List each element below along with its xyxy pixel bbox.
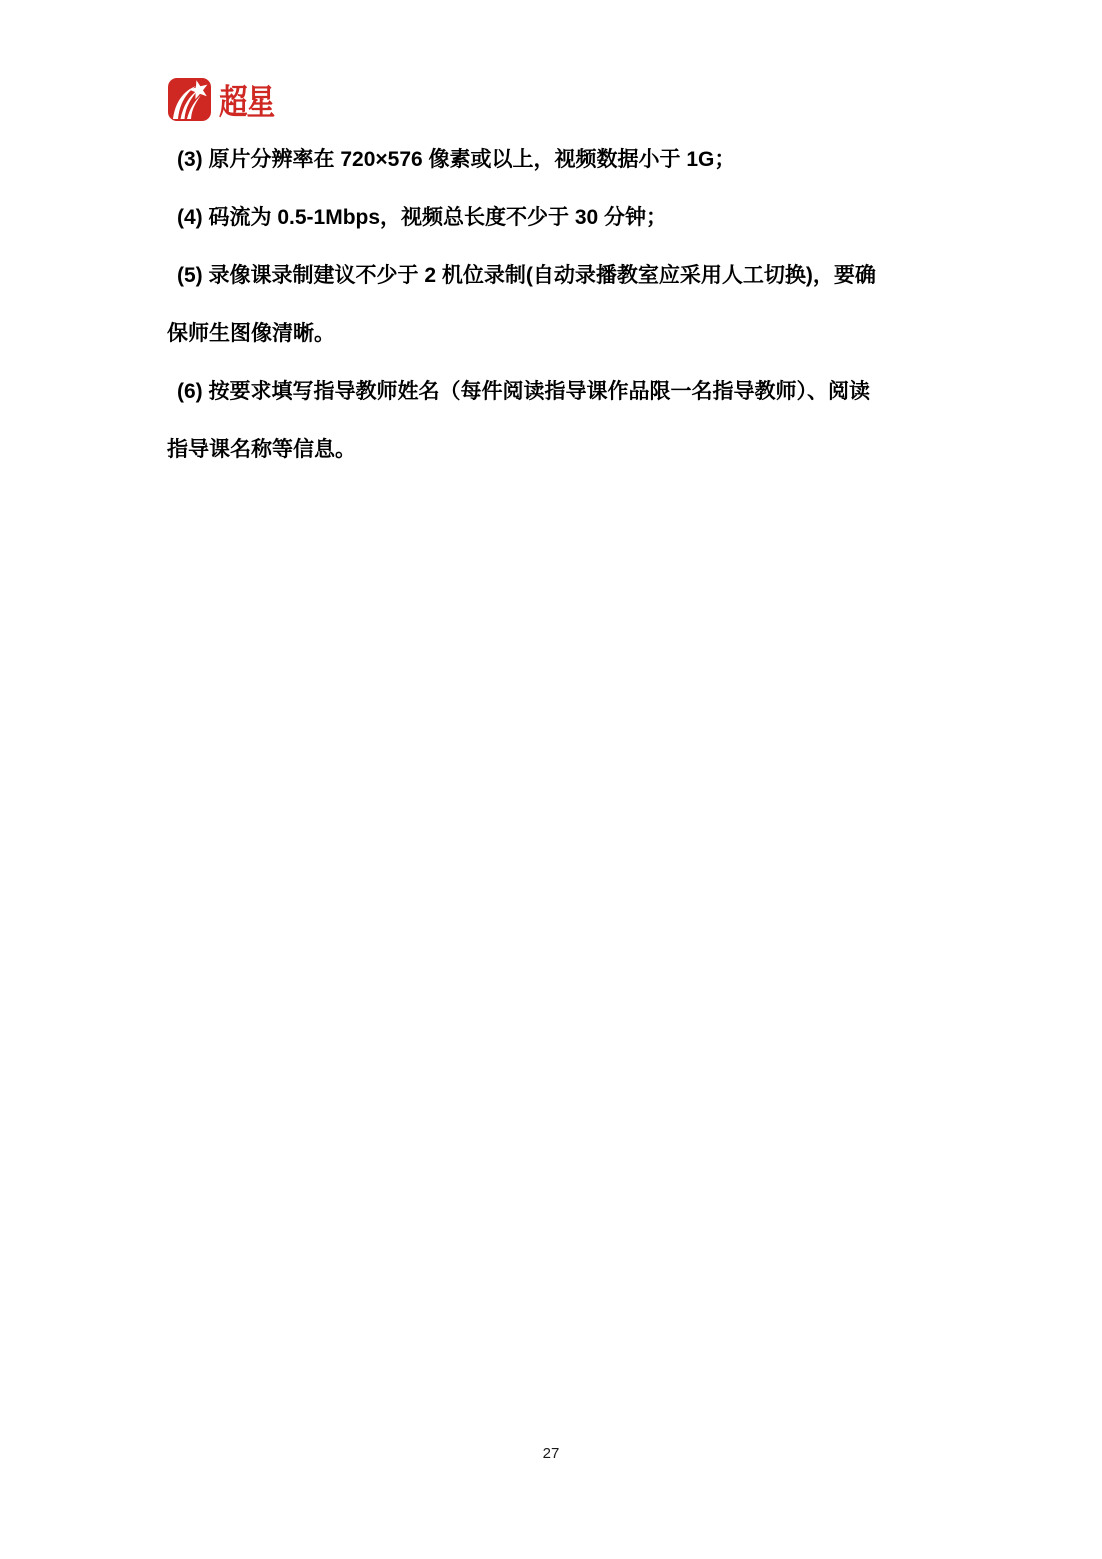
chaoxing-logo: 超星 <box>168 78 279 121</box>
comet-star-icon <box>168 78 211 121</box>
paragraph-item-4: (4) 码流为 0.5-1Mbps，视频总长度不少于 30 分钟； <box>167 189 967 247</box>
page-number: 27 <box>543 1445 560 1462</box>
paragraph-item-6: (6) 按要求填写指导教师姓名（每件阅读指导课作品限一名指导教师）、阅读 指导课… <box>167 363 967 479</box>
page-footer: 27 <box>0 1444 1102 1464</box>
paragraph-item-3: (3) 原片分辨率在 720×576 像素或以上，视频数据小于 1G； <box>167 131 967 189</box>
logo-wordmark: 超星 <box>219 78 274 126</box>
document-body: (3) 原片分辨率在 720×576 像素或以上，视频数据小于 1G； (4) … <box>167 131 967 479</box>
paragraph-item-5: (5) 录像课录制建议不少于 2 机位录制(自动录播教室应采用人工切换)，要确 … <box>167 247 967 363</box>
